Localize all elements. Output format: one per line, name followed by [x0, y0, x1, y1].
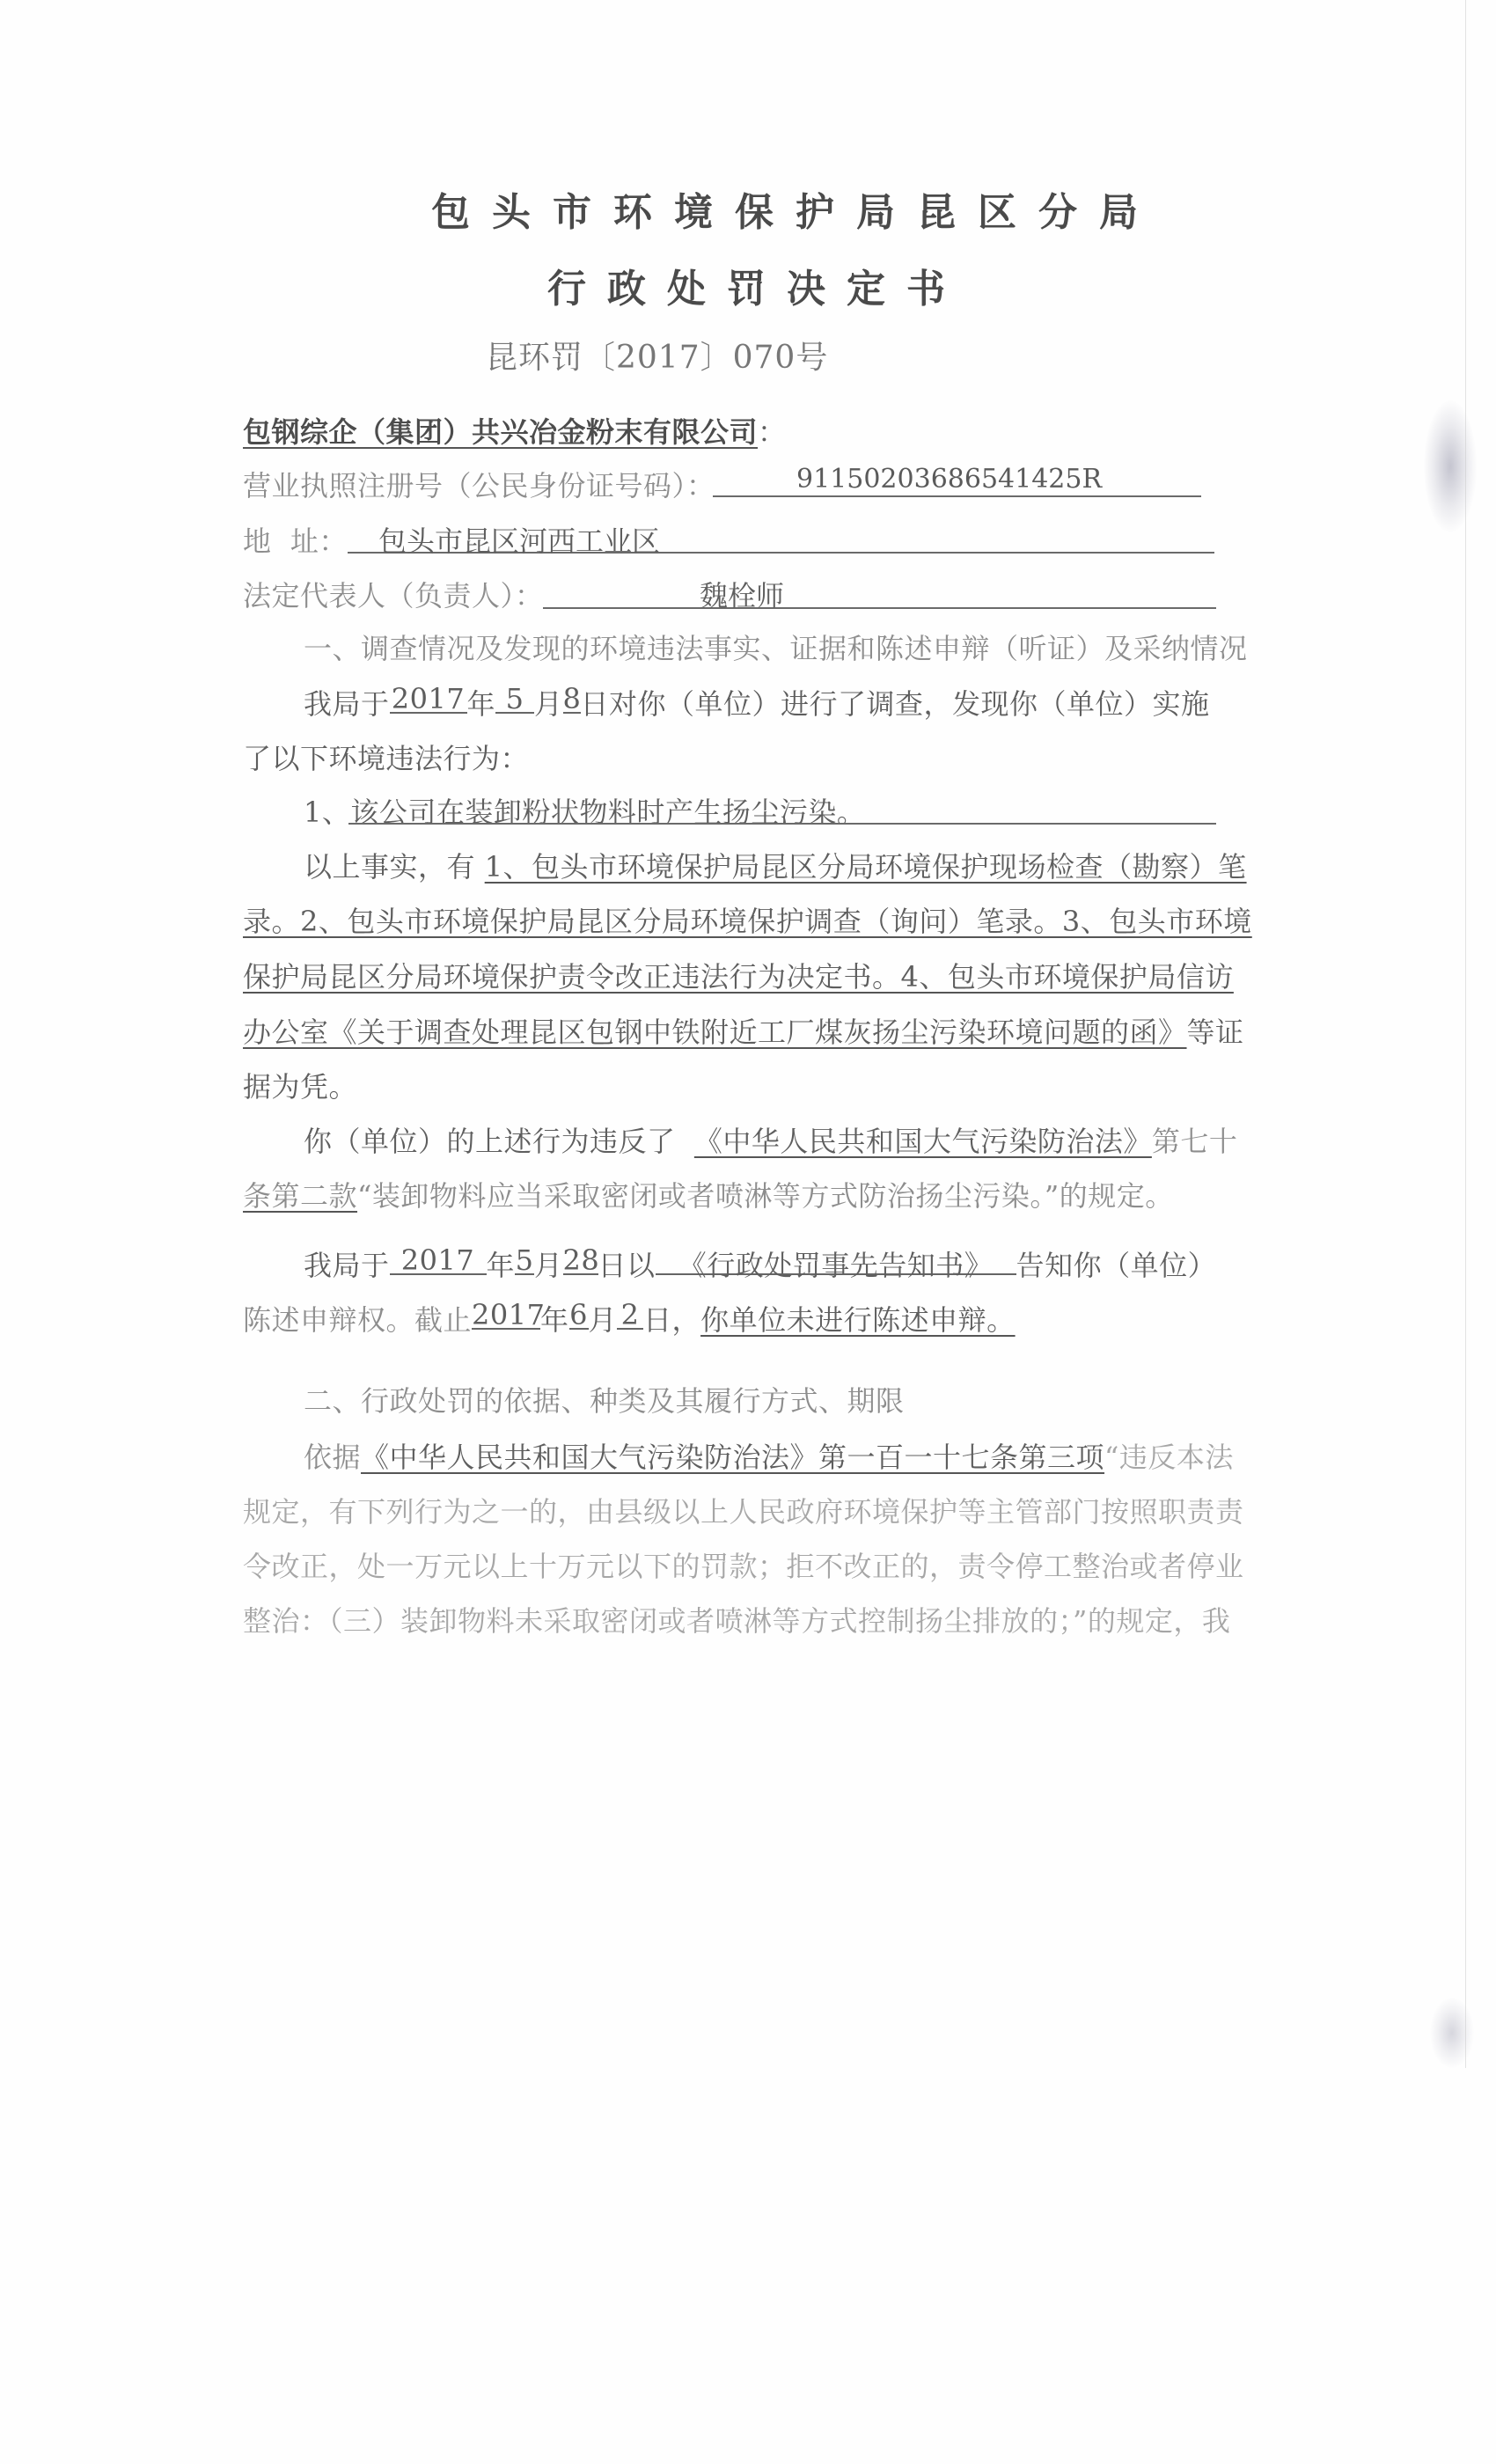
evidence-suffix: 等证	[1187, 1016, 1244, 1049]
investigation-prefix: 我局于	[304, 687, 390, 721]
deadline-month-label: 月	[589, 1303, 618, 1337]
basis-line2: 规定，有下列行为之一的，由县级以上人民政府环境保护等主管部门按照职责责	[243, 1490, 1244, 1530]
scan-noise-top	[1424, 400, 1477, 532]
investigation-month: 5	[495, 682, 534, 714]
investigation-year: 2017	[390, 682, 467, 714]
scan-noise-bottom	[1430, 1998, 1474, 2068]
scan-edge-line	[1465, 0, 1466, 2068]
violation-law-prefix: 你（单位）的上述行为违反了	[304, 1125, 676, 1158]
evidence-item-4: 办公室《关于调查处理昆区包钢中铁附近工厂煤灰扬尘污染环境问题的函》	[243, 1016, 1187, 1049]
notice-prefix: 我局于	[304, 1249, 390, 1282]
evidence-item-3-4: 保护局昆区分局环境保护责令改正违法行为决定书。4、包头市环境保护局信访	[243, 960, 1234, 994]
investigation-line2: 了以下环境违法行为：	[243, 737, 529, 777]
notice-month: 5	[515, 1243, 534, 1275]
document-number: 昆环罚〔2017〕070号	[486, 333, 828, 378]
address-value: 包头市昆区河西工业区	[378, 519, 660, 560]
evidence-line3: 保护局昆区分局环境保护责令改正违法行为决定书。4、包头市环境保护局信访	[243, 955, 1234, 995]
investigation-day-suffix: 日对你（单位）进行了调查，发现你（单位）实施	[581, 687, 1210, 721]
deadline-year-label: 年	[540, 1303, 569, 1337]
violated-law-name: 《中华人民共和国大气污染防治法》	[694, 1125, 1152, 1158]
notice-line2: 陈述申辩权。截止2017年6月2日，你单位未进行陈述申辩。	[243, 1298, 1016, 1338]
notice-result: 你单位未进行陈述申辩。	[700, 1303, 1016, 1337]
recipient-colon: ：	[758, 415, 787, 449]
violation-number: 1、	[304, 796, 350, 829]
investigation-line1: 我局于2017年5月8日对你（单位）进行了调查，发现你（单位）实施	[304, 682, 1210, 722]
basis-prefix: 依据	[304, 1441, 361, 1474]
evidence-line5: 据为凭。	[243, 1065, 357, 1105]
notice-day-suffix: 日以	[598, 1249, 656, 1282]
address-line: 地 址：	[243, 519, 348, 560]
basis-line3: 令改正，处一万元以上十万元以下的罚款；拒不改正的，责令停工整治或者停业	[243, 1544, 1244, 1585]
violation-law-line2: 条第二款“装卸物料应当采取密闭或者喷淋等方式防治扬尘污染。”的规定。	[243, 1174, 1174, 1214]
recipient-name: 包钢综企（集团）共兴冶金粉末有限公司	[243, 415, 758, 449]
evidence-line4: 办公室《关于调查处理昆区包钢中铁附近工厂煤灰扬尘污染环境问题的函》等证	[243, 1010, 1244, 1051]
license-label: 营业执照注册号（公民身份证号码）：	[243, 469, 715, 502]
basis-quote-start: “违反本法	[1104, 1441, 1234, 1474]
investigation-day: 8	[563, 682, 581, 714]
notice-year-label: 年	[487, 1249, 516, 1282]
recipient-line: 包钢综企（集团）共兴冶金粉末有限公司：	[243, 410, 787, 451]
notice-line1: 我局于2017年5月28日以《行政处罚事先告知书》告知你（单位）	[304, 1243, 1216, 1284]
evidence-line1: 以上事实，有 1、包头市环境保护局昆区分局环境保护现场检查（勘察）笔	[304, 845, 1247, 885]
notice-month-label: 月	[534, 1249, 563, 1282]
notice-line2-prefix: 陈述申辩权。截止	[243, 1303, 472, 1337]
basis-line1: 依据《中华人民共和国大气污染防治法》第一百一十七条第三项“违反本法	[304, 1435, 1234, 1476]
evidence-item-1: 1、包头市环境保护局昆区分局环境保护现场检查（勘察）笔	[485, 850, 1247, 884]
basis-law-article: 《中华人民共和国大气污染防治法》第一百一十七条第三项	[361, 1441, 1104, 1474]
evidence-item-2-3: 录。2、包头市环境保护局昆区分局环境保护调查（询问）笔录。3、包头市环境	[243, 905, 1252, 938]
deadline-year: 2017	[472, 1298, 540, 1330]
address-label: 地 址：	[243, 524, 348, 558]
legal-rep-value: 魏栓师	[700, 574, 784, 614]
scanned-document-page: 包头市环境保护局昆区分局 行政处罚决定书 昆环罚〔2017〕070号 包钢综企（…	[0, 0, 1496, 2464]
legal-rep-line: 法定代表人（负责人）：	[243, 574, 544, 614]
notice-document: 《行政处罚事先告知书》	[656, 1243, 1016, 1275]
notice-day: 28	[563, 1243, 598, 1275]
issuing-agency-title: 包头市环境保护局昆区分局	[431, 180, 1160, 237]
violated-clause: 条第二款	[243, 1179, 357, 1213]
section2-heading: 二、行政处罚的依据、种类及其履行方式、期限	[304, 1379, 905, 1419]
legal-rep-underline	[543, 607, 1216, 609]
deadline-month: 6	[569, 1298, 589, 1330]
deadline-day: 2	[617, 1298, 643, 1330]
violation-item-1: 1、该公司在装卸粉状物料时产生扬尘污染。	[304, 790, 865, 831]
month-label: 月	[534, 687, 563, 721]
violation-law-line1: 你（单位）的上述行为违反了 《中华人民共和国大气污染防治法》第七十	[304, 1119, 1237, 1160]
year-label: 年	[467, 687, 496, 721]
deadline-day-suffix: 日，	[643, 1303, 700, 1337]
evidence-line2: 录。2、包头市环境保护局昆区分局环境保护调查（询问）笔录。3、包头市环境	[243, 899, 1252, 940]
notice-suffix: 告知你（单位）	[1016, 1249, 1217, 1282]
violated-provision-quote: “装卸物料应当采取密闭或者喷淋等方式防治扬尘污染。”的规定。	[357, 1179, 1174, 1213]
violation-underline	[348, 823, 1216, 825]
violated-article: 第七十	[1152, 1125, 1238, 1158]
license-value: 91150203686541425R	[796, 464, 1102, 495]
basis-line4: 整治：（三）装卸物料未采取密闭或者喷淋等方式控制扬尘排放的；”的规定，我	[243, 1599, 1230, 1639]
document-type-title: 行政处罚决定书	[547, 257, 966, 313]
legal-rep-label: 法定代表人（负责人）：	[243, 579, 544, 612]
license-underline	[713, 495, 1201, 497]
section1-heading: 一、调查情况及发现的环境违法事实、证据和陈述申辩（听证）及采纳情况	[304, 627, 1248, 667]
notice-year: 2017	[390, 1243, 487, 1275]
license-line: 营业执照注册号（公民身份证号码）：	[243, 464, 715, 504]
evidence-prefix: 以上事实，有	[304, 850, 475, 884]
